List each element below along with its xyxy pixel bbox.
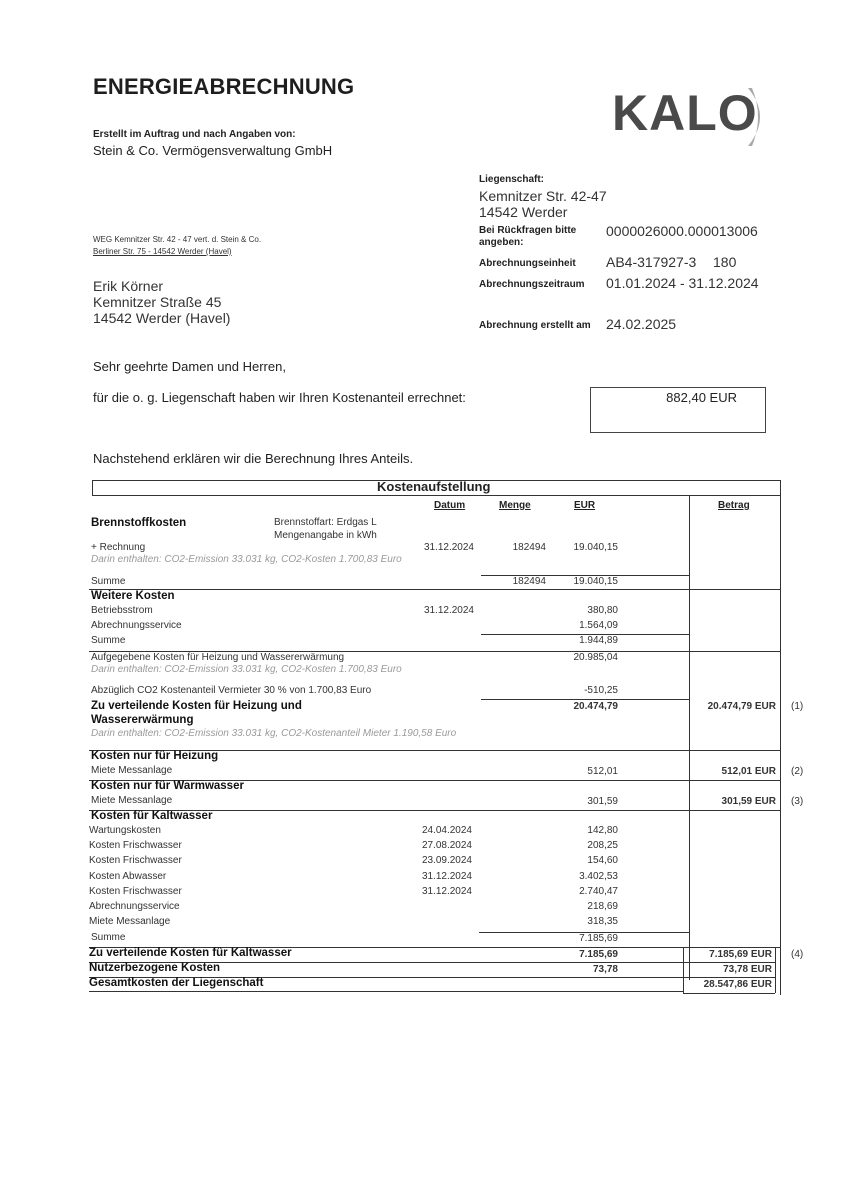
nur-warmwasser-heading: Kosten nur für Warmwasser [91, 780, 244, 792]
einheit-label: Abrechnungseinheit [479, 258, 576, 269]
zu-verteilen-heizung-note: Darin enthalten: CO2-Emission 33.031 kg,… [91, 728, 456, 739]
sender-line2: Berliner Str. 75 - 14542 Werder (Havel) [93, 246, 261, 258]
kaltwasser-item-datum: 31.12.2024 [398, 886, 472, 897]
kaltwasser-item-label: Kosten Frischwasser [89, 855, 182, 866]
nutzerbezogen-eur: 73,78 [550, 964, 618, 975]
nur-heizung-label: Miete Messanlage [91, 765, 172, 776]
weitere-item-eur: 1.564,09 [550, 620, 618, 631]
rueckfragen-label: Bei Rückfragen bitte [479, 225, 576, 236]
kaltwasser-item-label: Abrechnungsservice [89, 901, 180, 912]
nutzerbezogen-label: Nutzerbezogene Kosten [89, 962, 220, 974]
aufgegeben-eur: 20.985,04 [550, 652, 618, 663]
col-datum: Datum [434, 500, 465, 511]
rueckfragen-label-2: angeben: [479, 237, 523, 248]
kaltwasser-item-label: Kosten Abwasser [89, 871, 166, 882]
intro-text: für die o. g. Liegenschaft haben wir Ihr… [93, 390, 466, 405]
abzueglich-label: Abzüglich CO2 Kostenanteil Vermieter 30 … [91, 685, 371, 696]
zu-verteilen-heizung-label: Zu verteilende Kosten für Heizung und [91, 700, 302, 712]
kaltwasser-item-label: Kosten Frischwasser [89, 840, 182, 851]
recipient-address: Erik Körner Kemnitzer Straße 45 14542 We… [93, 278, 230, 326]
nur-warmwasser-eur: 301,59 [550, 796, 618, 807]
rechnung-label: + Rechnung [91, 542, 145, 553]
zu-verteilen-kaltwasser-eur: 7.185,69 [550, 949, 618, 960]
aufgegeben-co2-note: Darin enthalten: CO2-Emission 33.031 kg,… [91, 664, 402, 675]
ref-2: (2) [791, 766, 803, 777]
col-betrag: Betrag [718, 500, 750, 511]
share-amount: 882,40 EUR [666, 390, 737, 405]
nur-heizung-heading: Kosten nur für Heizung [91, 750, 218, 762]
abzueglich-eur: -510,25 [550, 685, 618, 696]
kaltwasser-summe-label: Summe [91, 932, 125, 943]
einheit-extra: 180 [713, 254, 736, 270]
zu-verteilen-kaltwasser-betrag: 7.185,69 EUR [686, 949, 772, 960]
kaltwasser-item-label: Kosten Frischwasser [89, 886, 182, 897]
gesamt-betrag: 28.547,86 EUR [686, 979, 772, 990]
rueckfragen-value: 0000026000.000013006 [606, 223, 758, 239]
kaltwasser-item-datum: 27.08.2024 [398, 840, 472, 851]
einheit-value: AB4-317927-3 [606, 254, 696, 270]
weitere-item-eur: 380,80 [550, 605, 618, 616]
erstellt-value: 24.02.2025 [606, 316, 676, 332]
zu-verteilen-kaltwasser-label: Zu verteilende Kosten für Kaltwasser [89, 947, 292, 959]
created-for-label: Erstellt im Auftrag und nach Angaben von… [93, 129, 296, 140]
kalo-logo: KALO [612, 84, 772, 154]
zeitraum-value: 01.01.2024 - 31.12.2024 [606, 275, 759, 291]
liegenschaft-line2: 14542 Werder [479, 204, 567, 220]
ref-4: (4) [791, 949, 803, 960]
liegenschaft-label: Liegenschaft: [479, 174, 544, 185]
nur-warmwasser-betrag: 301,59 EUR [690, 796, 776, 807]
zu-verteilen-heizung-eur: 20.474,79 [550, 701, 618, 712]
nur-warmwasser-label: Miete Messanlage [91, 795, 172, 806]
aufgegeben-label: Aufgegebene Kosten für Heizung und Wasse… [91, 652, 344, 663]
explain-text: Nachstehend erklären wir die Berechnung … [93, 451, 413, 466]
col-eur: EUR [574, 500, 595, 511]
kaltwasser-item-datum: 23.09.2024 [398, 855, 472, 866]
kaltwasser-item-eur: 3.402,53 [550, 871, 618, 882]
kalo-arc-logo-icon [742, 86, 770, 148]
recipient-street: Kemnitzer Straße 45 [93, 294, 230, 310]
kaltwasser-item-eur: 208,25 [550, 840, 618, 851]
weitere-item-label: Abrechnungsservice [91, 620, 182, 631]
recipient-name: Erik Körner [93, 278, 230, 294]
nutzerbezogen-betrag: 73,78 EUR [686, 964, 772, 975]
weitere-item-label: Betriebsstrom [91, 605, 153, 616]
document-title: ENERGIEABRECHNUNG [93, 74, 354, 100]
kaltwasser-item-eur: 218,69 [550, 901, 618, 912]
weitere-summe-label: Summe [91, 635, 125, 646]
recipient-city: 14542 Werder (Havel) [93, 310, 230, 326]
brennstoff-einheit: Mengenangabe in kWh [274, 530, 377, 541]
logo-text: KALO [612, 84, 758, 142]
nur-heizung-betrag: 512,01 EUR [690, 766, 776, 777]
brennstoff-summe-label: Summe [91, 576, 125, 587]
kaltwasser-item-eur: 318,35 [550, 916, 618, 927]
zu-verteilen-heizung-label-2: Wassererwärmung [91, 714, 193, 726]
weitere-item-datum: 31.12.2024 [400, 605, 474, 616]
brennstoff-summe-menge: 182494 [490, 576, 546, 587]
ref-3: (3) [791, 796, 803, 807]
kaltwasser-item-eur: 2.740,47 [550, 886, 618, 897]
kaltwasser-item-datum: 31.12.2024 [398, 871, 472, 882]
sender-line1: WEG Kemnitzer Str. 42 - 47 vert. d. Stei… [93, 234, 261, 246]
erstellt-label: Abrechnung erstellt am [479, 320, 591, 331]
gesamt-label: Gesamtkosten der Liegenschaft [89, 977, 263, 989]
zeitraum-label: Abrechnungszeitraum [479, 279, 585, 290]
share-amount-box: 882,40 EUR [590, 387, 766, 433]
nur-heizung-eur: 512,01 [550, 766, 618, 777]
weitere-summe-eur: 1.944,89 [550, 635, 618, 646]
kaltwasser-heading: Kosten für Kaltwasser [91, 810, 212, 822]
brennstoff-summe-eur: 19.040,15 [550, 576, 618, 587]
sender-address: WEG Kemnitzer Str. 42 - 47 vert. d. Stei… [93, 234, 261, 258]
kaltwasser-item-label: Miete Messanlage [89, 916, 170, 927]
rechnung-datum: 31.12.2024 [400, 542, 474, 553]
kaltwasser-item-datum: 24.04.2024 [398, 825, 472, 836]
rechnung-eur: 19.040,15 [550, 542, 618, 553]
kaltwasser-item-eur: 154,60 [550, 855, 618, 866]
brennstoff-co2-note: Darin enthalten: CO2-Emission 33.031 kg,… [91, 554, 402, 565]
col-menge: Menge [499, 500, 531, 511]
greeting: Sehr geehrte Damen und Herren, [93, 359, 286, 374]
brennstoff-art: Brennstoffart: Erdgas L [274, 517, 377, 528]
zu-verteilen-heizung-betrag: 20.474,79 EUR [690, 701, 776, 712]
weitere-heading: Weitere Kosten [91, 590, 175, 602]
brennstoff-heading: Brennstoffkosten [91, 517, 186, 529]
liegenschaft-line1: Kemnitzer Str. 42-47 [479, 188, 607, 204]
kaltwasser-item-label: Wartungskosten [89, 825, 161, 836]
created-for-name: Stein & Co. Vermögensverwaltung GmbH [93, 143, 332, 158]
kaltwasser-item-eur: 142,80 [550, 825, 618, 836]
table-title-text: Kostenaufstellung [377, 479, 490, 494]
rechnung-menge: 182494 [490, 542, 546, 553]
ref-1: (1) [791, 701, 803, 712]
kaltwasser-summe-eur: 7.185,69 [550, 933, 618, 944]
